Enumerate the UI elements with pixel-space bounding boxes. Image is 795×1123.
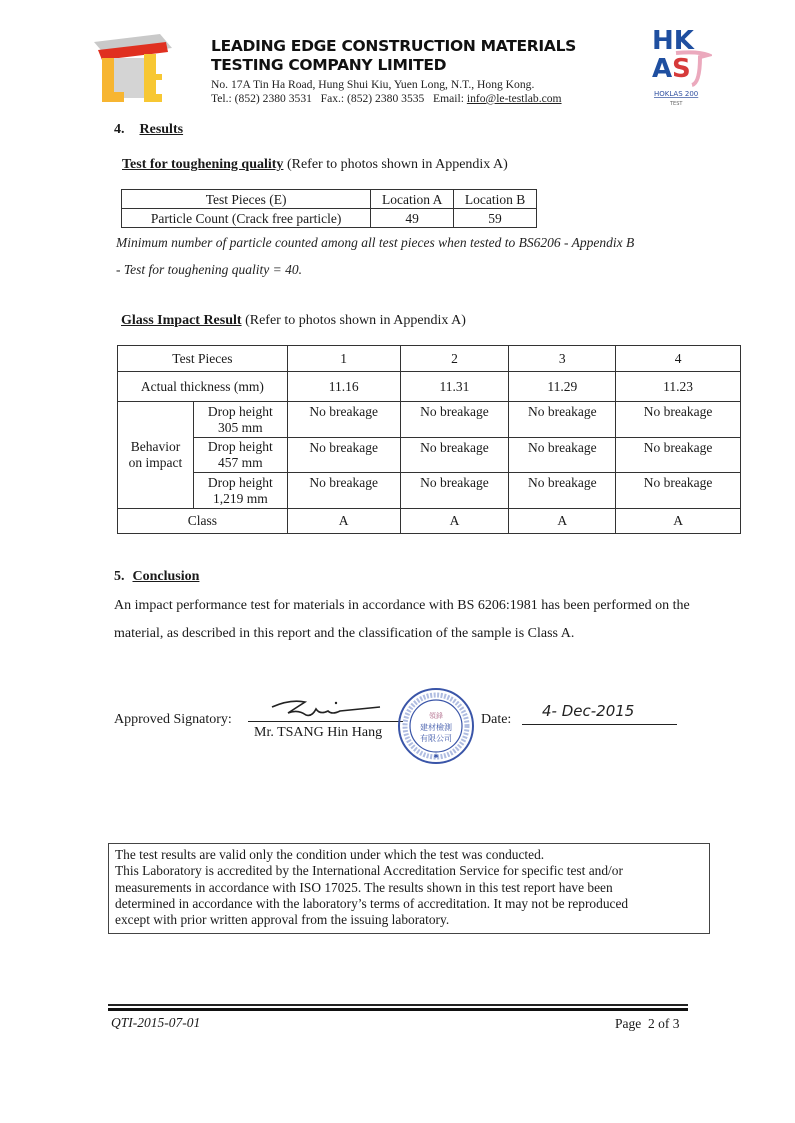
conclusion-text: An impact performance test for materials… [114,592,690,648]
table-row: Test Pieces 1 2 3 4 [118,346,741,372]
table-row: Class A A A A [118,509,741,534]
table-row: Drop height1,219 mm No breakage No break… [118,473,741,509]
svg-text:建材檢測: 建材檢測 [420,722,452,732]
svg-text:A: A [652,54,672,84]
svg-text:領鋒: 領鋒 [429,711,443,720]
signature-scribble-icon [250,697,398,721]
email-link[interactable]: info@le-testlab.com [467,92,562,105]
table-row: Behavioron impact Drop height305 mm No b… [118,402,741,438]
behavior-label: Behavioron impact [118,402,194,509]
impact-table: Test Pieces 1 2 3 4 Actual thickness (mm… [117,345,741,534]
signatory-name: Mr. TSANG Hin Hang [254,725,382,741]
section-results-heading: 4.Results [114,122,183,138]
company-logo-icon [88,28,174,106]
toughening-table: Test Pieces (E) Location A Location B Pa… [121,189,537,228]
toughening-note-line1: Minimum number of particle counted among… [116,235,634,251]
impact-heading: Glass Impact Result (Refer to photos sho… [121,313,466,329]
svg-text:HOKLAS 200: HOKLAS 200 [654,90,698,98]
date-line [522,724,677,725]
svg-text:✱: ✱ [433,753,438,760]
company-address: No. 17A Tin Ha Road, Hung Shui Kiu, Yuen… [211,78,562,92]
document-code: QTI-2015-07-01 [111,1015,200,1031]
svg-text:TEST: TEST [669,101,683,107]
table-row: Drop height457 mm No breakage No breakag… [118,438,741,473]
toughening-heading: Test for toughening quality (Refer to ph… [122,157,508,173]
page-number: Page 2 of 3 [615,1016,680,1032]
signature-line [248,721,403,722]
svg-text:有限公司: 有限公司 [420,733,452,743]
company-phone: Tel.: (852) 2380 3531 Fax.: (852) 2380 3… [211,92,562,106]
disclaimer-box: The test results are valid only the cond… [108,843,710,934]
footer-divider [108,1004,688,1006]
company-seal-stamp-icon: 領鋒 建材檢測 有限公司 ✱ [396,686,476,766]
approved-signatory-label: Approved Signatory: [114,712,232,728]
hkas-accreditation-logo-icon: HK A S HOKLAS 200 TEST [648,25,712,117]
table-row: Particle Count (Crack free particle) 49 … [122,209,537,228]
date-label: Date: [481,712,511,728]
toughening-note-line2: - Test for toughening quality = 40. [116,262,302,278]
date-value: 4- Dec-2015 [542,702,634,720]
section-conclusion-heading: 5.Conclusion [114,569,199,585]
table-row: Actual thickness (mm) 11.16 11.31 11.29 … [118,372,741,402]
svg-text:S: S [672,54,691,84]
company-name: LEADING EDGE CONSTRUCTION MATERIALS TEST… [211,37,576,75]
footer-divider-thick [108,1008,688,1011]
company-contact: No. 17A Tin Ha Road, Hung Shui Kiu, Yuen… [211,78,562,106]
table-row: Test Pieces (E) Location A Location B [122,190,537,209]
